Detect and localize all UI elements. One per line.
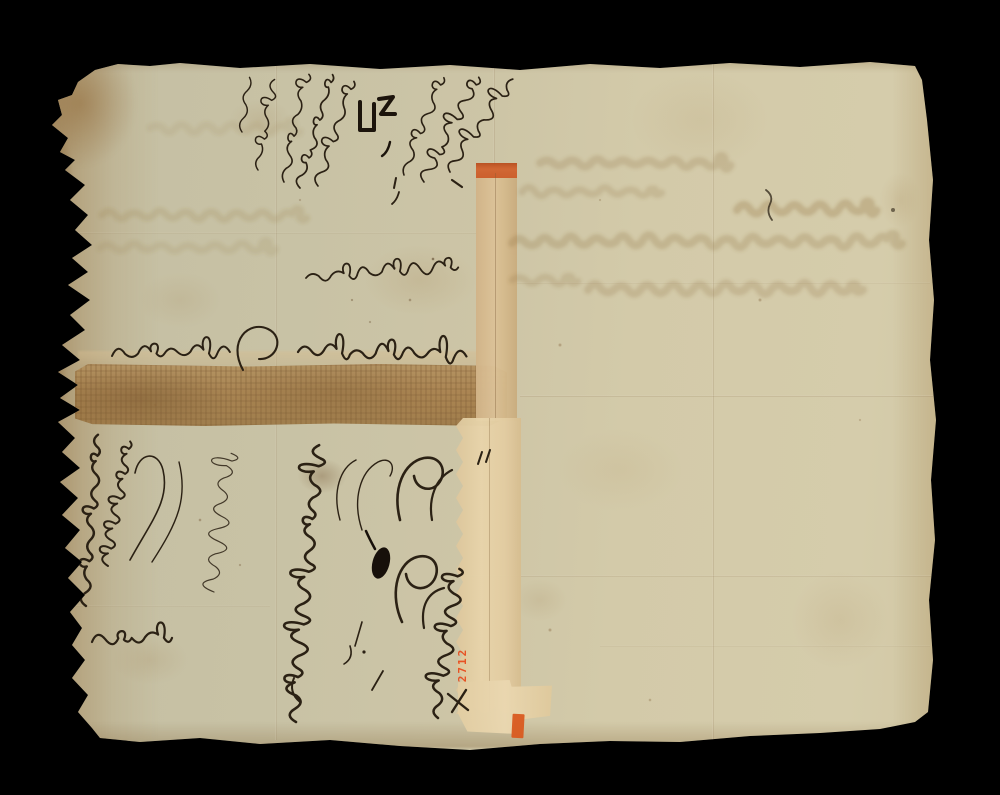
- top-script-col-3: [277, 72, 311, 183]
- bleed-line-3: [737, 201, 877, 214]
- right-loop-2: [423, 588, 444, 628]
- inverted-name-line: [305, 250, 459, 289]
- crease-h-7: [66, 605, 270, 607]
- diagonal-dot: [362, 650, 365, 653]
- ink-blot: [369, 545, 394, 580]
- horizontal-tape-fringe: [78, 351, 498, 367]
- crease-h-4: [458, 575, 933, 577]
- bleed-line-1: [540, 156, 731, 169]
- top-script-col-4: [294, 72, 334, 189]
- diagonal-stroke-1e: [355, 622, 362, 646]
- manuscript-page: 2712: [0, 0, 1000, 795]
- top-dash: [452, 180, 462, 187]
- bleed-line-6: [588, 283, 863, 294]
- bleed-line-2: [522, 187, 662, 195]
- upper-vertical-repair-tape: [476, 163, 517, 421]
- crease-h-6: [66, 232, 478, 234]
- top-script-col-7: [415, 70, 481, 186]
- center-vertical-inscription: [282, 445, 325, 723]
- small-scribble-right: [766, 190, 772, 220]
- crease-h-8: [600, 645, 930, 647]
- diagonal-curl-2: [358, 460, 393, 530]
- right-curl-1: [397, 458, 442, 520]
- top-script-col-6: [397, 74, 446, 177]
- top-script-col-1: [238, 77, 252, 133]
- crease-h-5: [510, 282, 930, 284]
- top-script-col-8: [439, 69, 516, 178]
- bold-glyph-left: [360, 102, 374, 130]
- center-vertical-tail: [292, 678, 300, 702]
- ink-blot-tip: [366, 531, 375, 549]
- right-curl-2: [431, 470, 452, 520]
- tape-center-crease: [489, 418, 490, 714]
- diagonal-curl-1: [337, 460, 356, 520]
- photo-background: 2712: [0, 0, 1000, 795]
- bold-glyph-comma: [382, 142, 390, 156]
- crease-v-1: [493, 64, 495, 166]
- top-script-col-2: [251, 78, 278, 171]
- bleed-line-9: [150, 121, 300, 134]
- orange-tape-fragment: [511, 714, 524, 739]
- bleed-line-4: [512, 234, 902, 247]
- bold-glyph-right: [379, 97, 395, 114]
- diagonal-dash: [372, 671, 383, 690]
- glyph-subscript-tick: [394, 178, 396, 188]
- archival-number-stamp: 2712: [456, 645, 472, 685]
- top-edge-shading: [60, 58, 930, 72]
- crease-v-2: [712, 64, 714, 740]
- glyph-subscript-comma: [392, 192, 399, 204]
- horizontal-repair-tape: [75, 364, 507, 426]
- right-loop-1: [396, 556, 437, 622]
- top-script-col-5: [309, 77, 355, 188]
- top-left-corner-stain: [50, 56, 150, 191]
- diagonal-stroke-e: [344, 646, 351, 664]
- left-wavy-line: [198, 451, 238, 593]
- crease-h-3: [520, 395, 933, 397]
